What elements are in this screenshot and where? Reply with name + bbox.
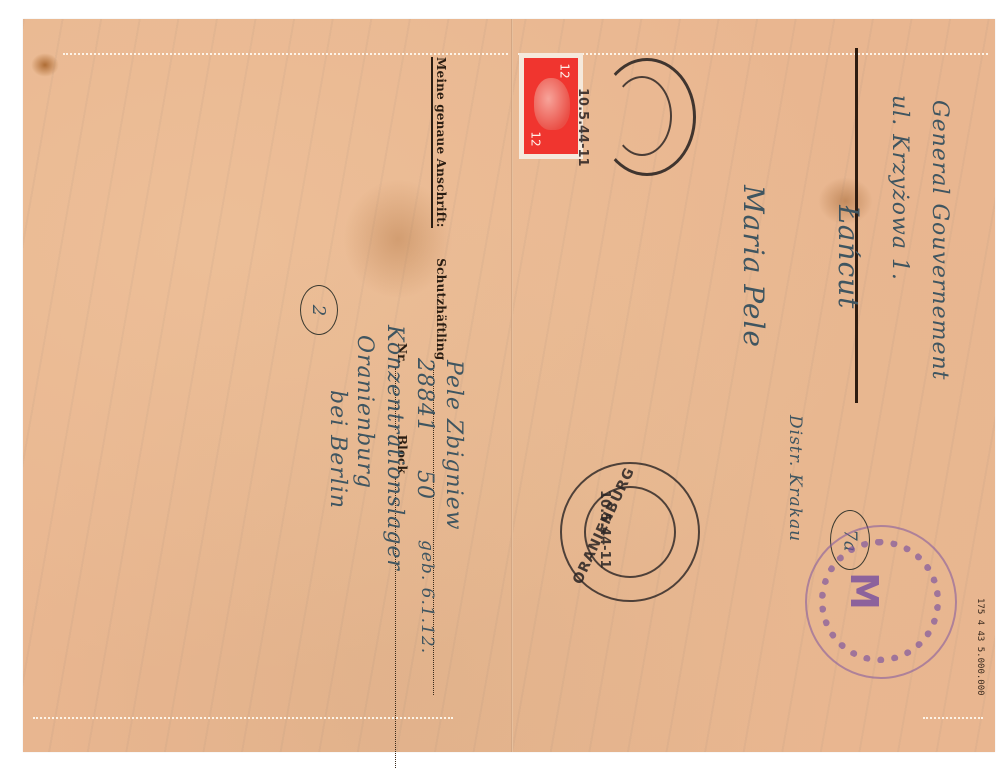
censor-stamp: M — [805, 525, 957, 679]
stamp-face: 12 12 — [524, 58, 578, 154]
postmark-date: 10.5.44-11 — [575, 88, 590, 167]
sender-born: geb. 6.1.12. — [417, 540, 437, 654]
form-heading-text: Meine genaue Anschrift: — [431, 57, 448, 228]
recipient-street: ul. Krzyżowa 1. — [887, 95, 912, 281]
stain-corner — [31, 53, 59, 77]
circled-mark-sender: 2 — [300, 285, 338, 335]
postmark-inner-ring — [612, 76, 672, 156]
recipient-town: Łańcut — [832, 205, 865, 309]
sender-name: Pele Zbigniew — [441, 360, 466, 530]
sender-location: Oranienburg — [352, 335, 377, 489]
sender-block: 50 — [412, 470, 437, 500]
stamp-portrait — [534, 78, 570, 130]
sender-camp: Konzentrationslager — [382, 325, 407, 571]
letter-card: Meine genaue Anschrift: Schutzhäftling N… — [23, 19, 995, 752]
print-code: 175 4 43 5.000.000 — [975, 598, 985, 696]
perforation-bottom-right — [923, 717, 983, 719]
circled-mark-sender-text: 2 — [308, 304, 329, 315]
oranienburg-postmark-date: 10.5.44-11 — [597, 490, 612, 569]
sender-number: 28841 — [412, 358, 437, 433]
stamp-value-top: 12 — [557, 63, 571, 78]
postage-stamp: 12 12 — [519, 53, 583, 159]
recipient-region: General Gouvernement — [927, 100, 952, 380]
censor-mark: M — [842, 572, 886, 610]
stamp-value-bottom: 12 — [529, 131, 543, 146]
form-field-prisoner: Schutzhäftling — [434, 258, 448, 360]
sender-city: bei Berlin — [325, 390, 350, 509]
perforation-top-left — [63, 53, 508, 55]
recipient-name: Maria Pele — [737, 185, 770, 348]
perforation-top-right — [518, 53, 988, 55]
perforation-bottom-left — [33, 717, 453, 719]
recipient-district: Distr. Krakau — [785, 415, 805, 542]
fold-line — [511, 19, 513, 752]
